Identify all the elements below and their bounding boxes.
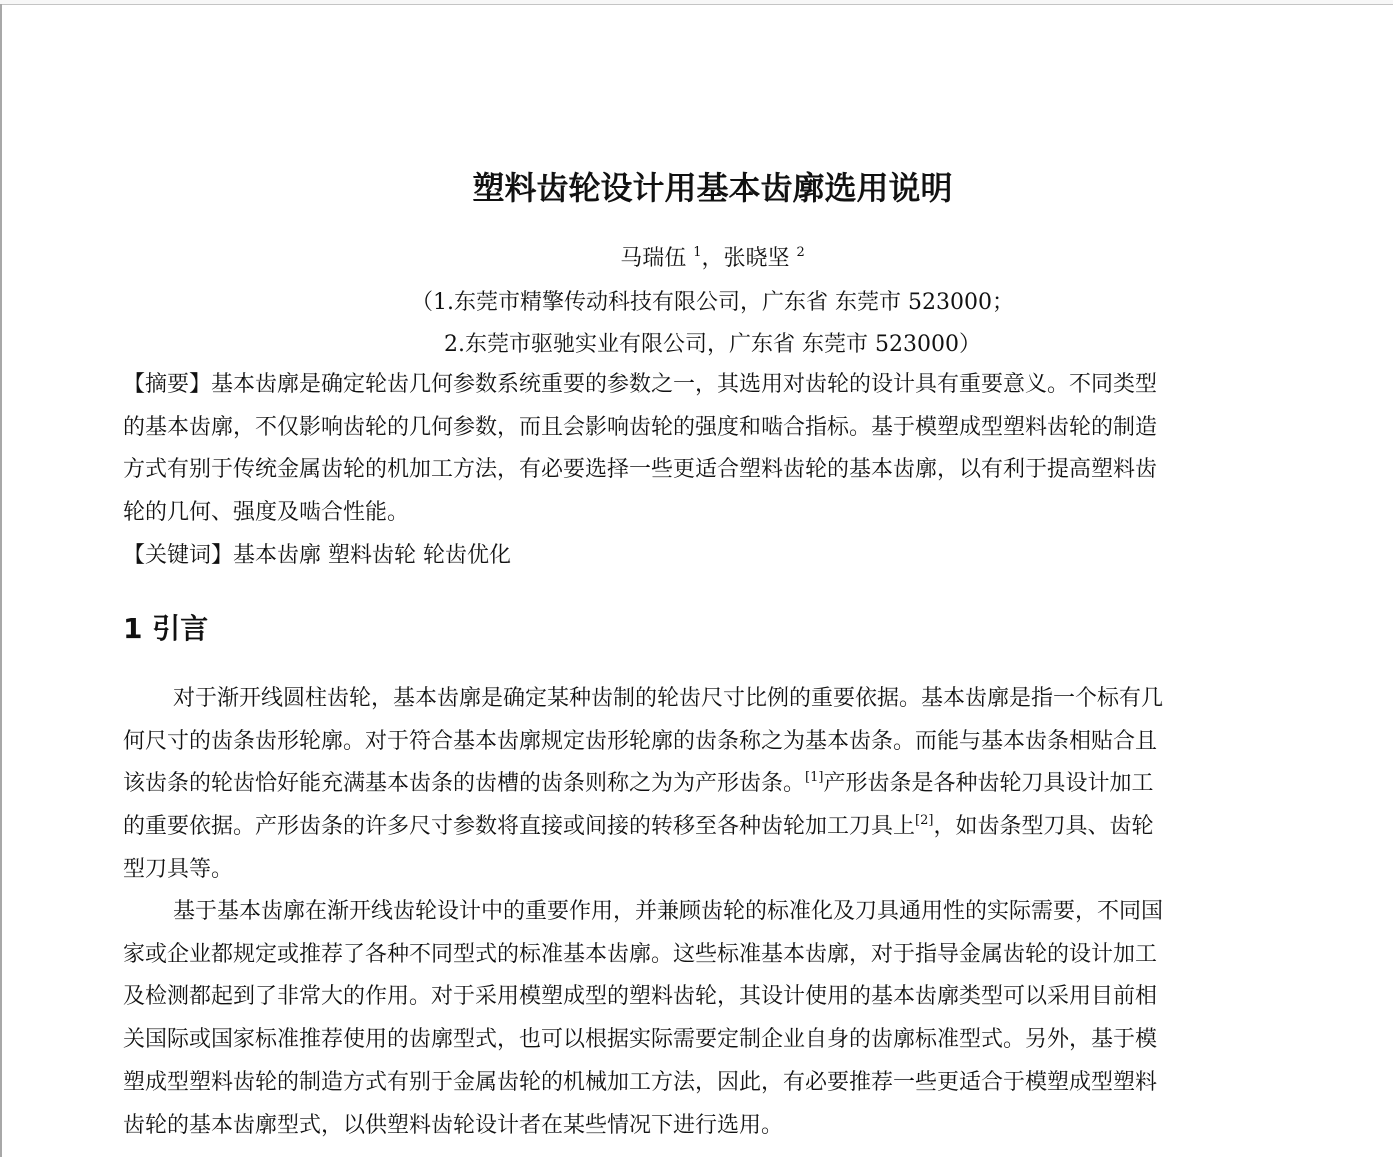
authors-line: 马瑞伍 1，张晓坚 2 bbox=[2, 241, 1393, 272]
paragraph-line: 对于渐开线圆柱齿轮，基本齿廓是确定某种齿制的轮齿尺寸比例的重要依据。基本齿廓是指… bbox=[123, 678, 1303, 721]
paragraph-line: 及检测都起到了非常大的作用。对于采用模塑成型的塑料齿轮，其设计使用的基本齿廓类型… bbox=[123, 976, 1303, 1019]
page-title: 塑料齿轮设计用基本齿廓选用说明 bbox=[2, 163, 1393, 209]
text-run: 产形齿条是各种齿轮刀具设计加工 bbox=[823, 771, 1153, 796]
abstract: 【摘要】基本齿廓是确定轮齿几何参数系统重要的参数之一，其选用对齿轮的设计具有重要… bbox=[123, 364, 1303, 535]
body-paragraph: 对于渐开线圆柱齿轮，基本齿廓是确定某种齿制的轮齿尺寸比例的重要依据。基本齿廓是指… bbox=[123, 678, 1303, 892]
paragraph-line: 关国际或国家标准推荐使用的齿廓型式，也可以根据实际需要定制企业自身的齿廓标准型式… bbox=[123, 1019, 1303, 1062]
text-run: 的重要依据。产形齿条的许多尺寸参数将直接或间接的转移至各种齿轮加工刀具上 bbox=[123, 814, 915, 839]
affiliation-line: （1.东莞市精擎传动科技有限公司，广东省 东莞市 523000； bbox=[2, 285, 1393, 316]
keywords: 【关键词】基本齿廓 塑料齿轮 轮齿优化 bbox=[123, 535, 1303, 578]
abstract-line: 【摘要】基本齿廓是确定轮齿几何参数系统重要的参数之一，其选用对齿轮的设计具有重要… bbox=[123, 364, 1303, 407]
text-run: 该齿条的轮齿恰好能充满基本齿条的齿槽的齿条则称之为为产形齿条。 bbox=[123, 771, 805, 796]
paragraph-line: 齿轮的基本齿廓型式，以供塑料齿轮设计者在某些情况下进行选用。 bbox=[123, 1105, 1303, 1148]
citation-ref[interactable]: [2] bbox=[915, 813, 933, 828]
paragraph-line: 基于基本齿廓在渐开线齿轮设计中的重要作用，并兼顾齿轮的标准化及刀具通用性的实际需… bbox=[123, 891, 1303, 934]
abstract-line: 轮的几何、强度及啮合性能。 bbox=[123, 492, 1303, 535]
section-heading: 1 引言 bbox=[123, 607, 208, 647]
paragraph-line: 何尺寸的齿条齿形轮廓。对于符合基本齿廓规定齿形轮廓的齿条称之为基本齿条。而能与基… bbox=[123, 721, 1303, 764]
text-run: ，如齿条型刀具、齿轮 bbox=[933, 814, 1153, 839]
author-separator: ， bbox=[701, 246, 723, 271]
paragraph-line: 塑成型塑料齿轮的制造方式有别于金属齿轮的机械加工方法，因此，有必要推荐一些更适合… bbox=[123, 1062, 1303, 1105]
paragraph-line: 的重要依据。产形齿条的许多尺寸参数将直接或间接的转移至各种齿轮加工刀具上[2]，… bbox=[123, 806, 1303, 849]
paragraph-line: 该齿条的轮齿恰好能充满基本齿条的齿槽的齿条则称之为为产形齿条。[1]产形齿条是各… bbox=[123, 763, 1303, 806]
abstract-line: 方式有别于传统金属齿轮的机加工方法，有必要选择一些更适合塑料齿轮的基本齿廓，以有… bbox=[123, 449, 1303, 492]
author-name: 马瑞伍 bbox=[620, 246, 686, 271]
author-affiliation-marker: 2 bbox=[797, 245, 805, 260]
paragraph-line: 家或企业都规定或推荐了各种不同型式的标准基本齿廓。这些标准基本齿廓，对于指导金属… bbox=[123, 934, 1303, 977]
document-page: 塑料齿轮设计用基本齿廓选用说明 马瑞伍 1，张晓坚 2 （1.东莞市精擎传动科技… bbox=[2, 5, 1393, 1157]
affiliation-line: 2.东莞市驱驰实业有限公司，广东省 东莞市 523000） bbox=[2, 327, 1393, 358]
author-name: 张晓坚 bbox=[724, 246, 790, 271]
abstract-line: 的基本齿廓，不仅影响齿轮的几何参数，而且会影响齿轮的强度和啮合指标。基于模塑成型… bbox=[123, 407, 1303, 450]
citation-ref[interactable]: [1] bbox=[805, 770, 823, 785]
body-paragraph: 基于基本齿廓在渐开线齿轮设计中的重要作用，并兼顾齿轮的标准化及刀具通用性的实际需… bbox=[123, 891, 1303, 1147]
paragraph-line: 型刀具等。 bbox=[123, 849, 1303, 892]
